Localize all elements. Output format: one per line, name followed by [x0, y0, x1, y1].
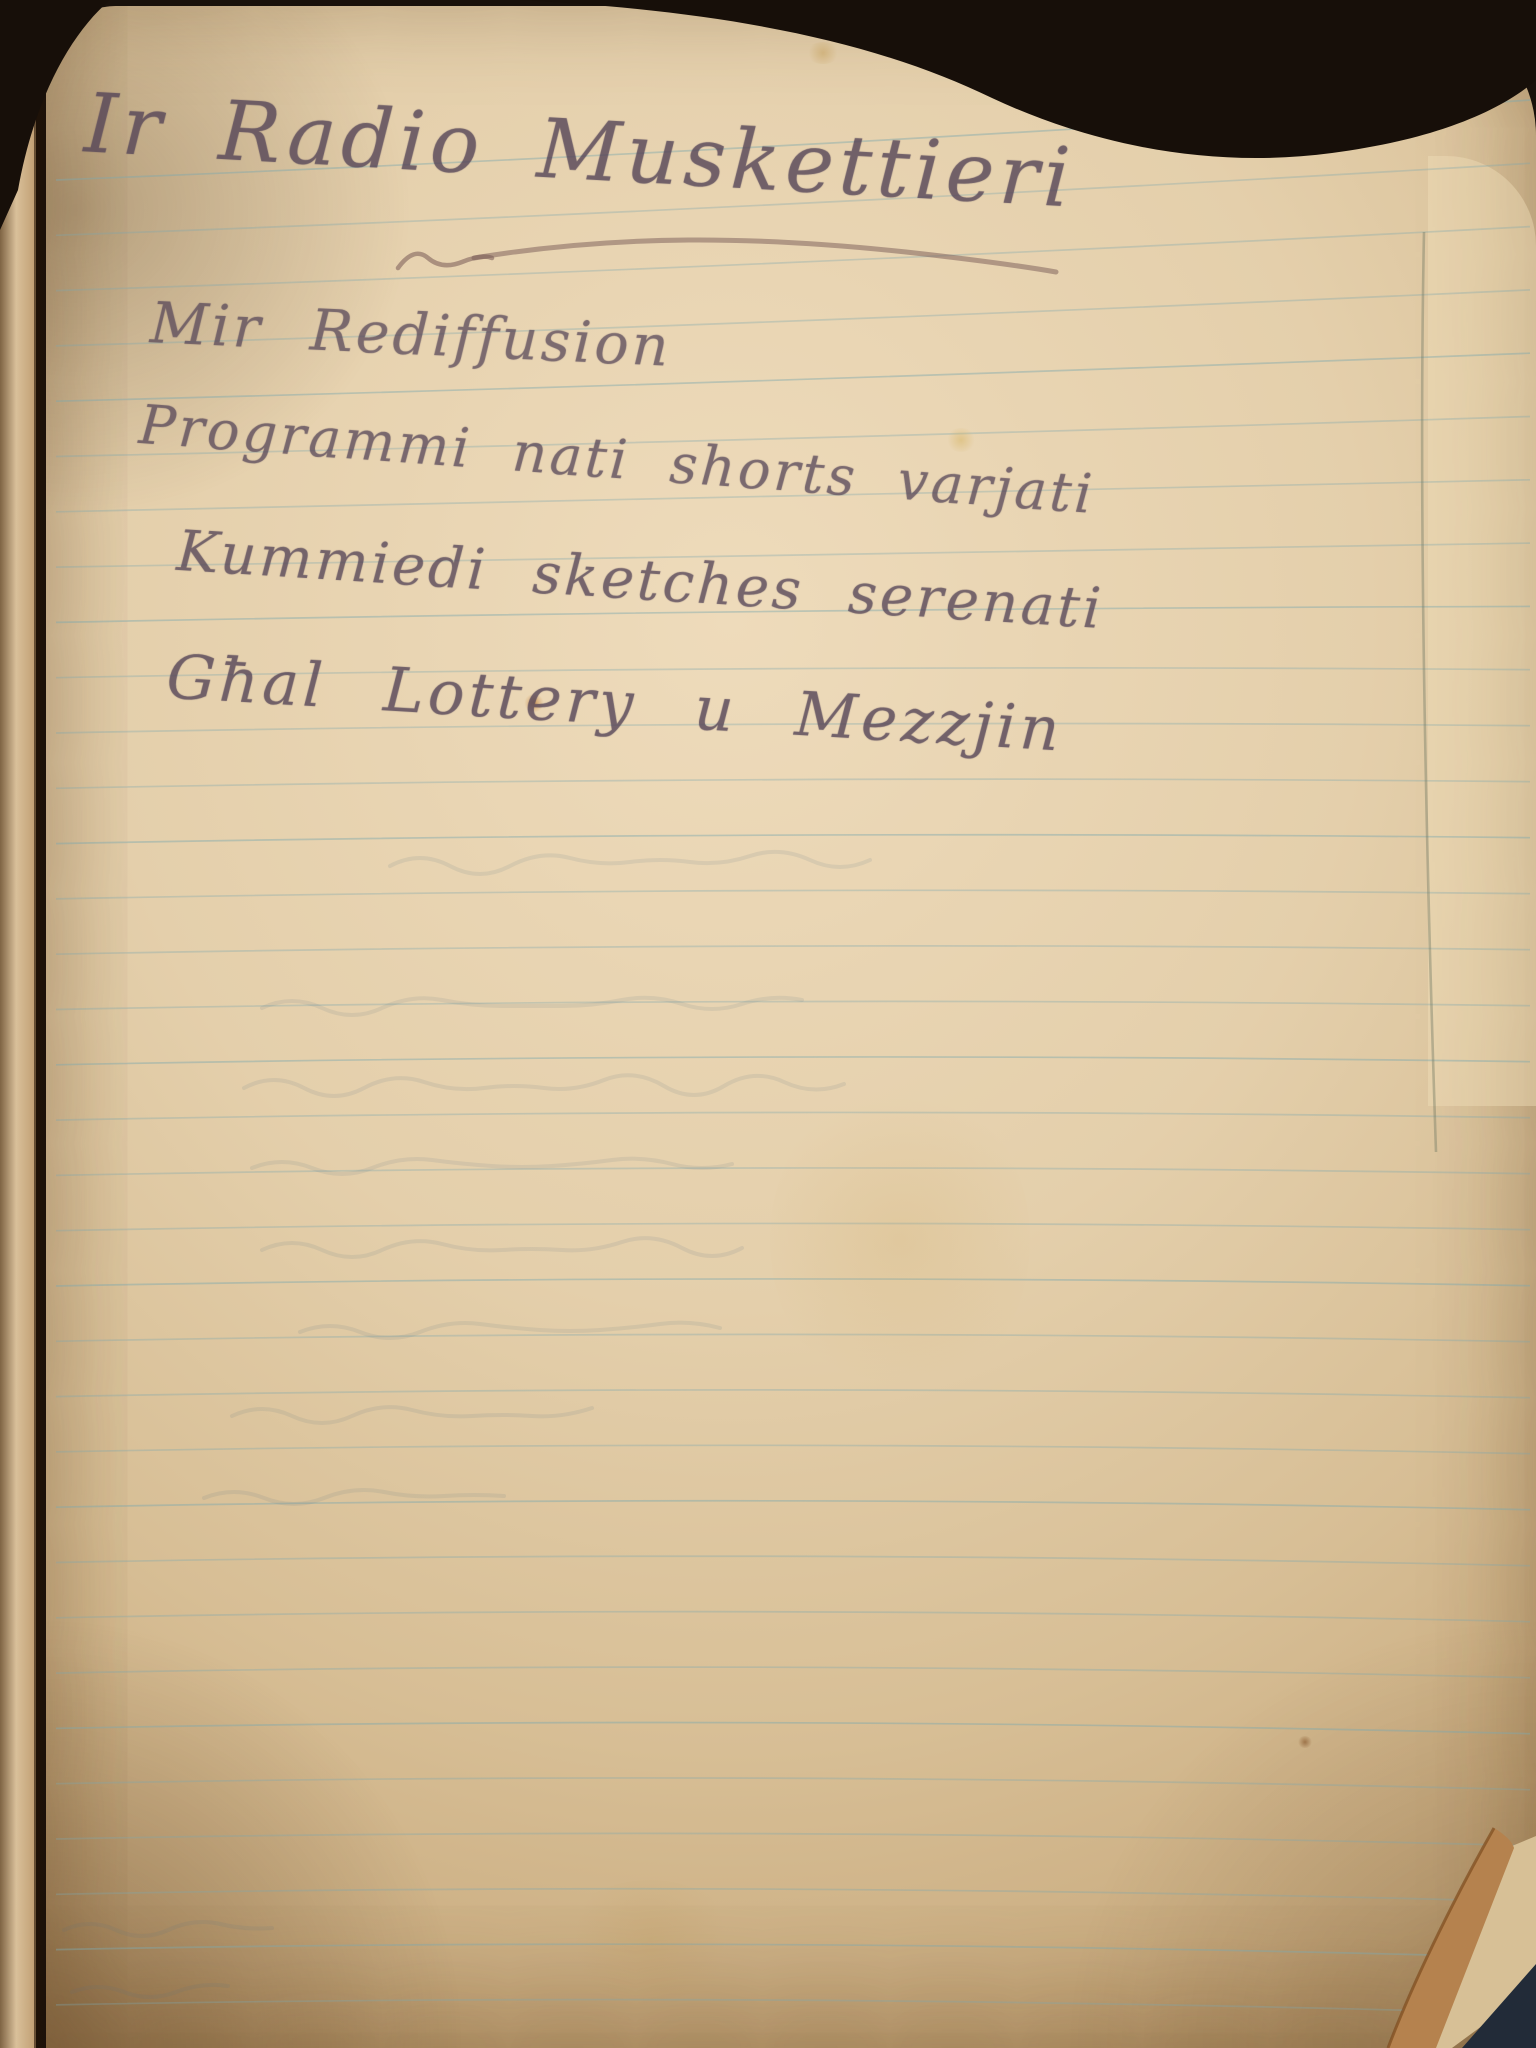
under-sheet-band: [1428, 156, 1536, 1106]
page-fore-edge: [0, 28, 36, 2048]
notebook-photo: Ir Radio Muskettieri Mir Rediffusion Pro…: [0, 0, 1536, 2048]
